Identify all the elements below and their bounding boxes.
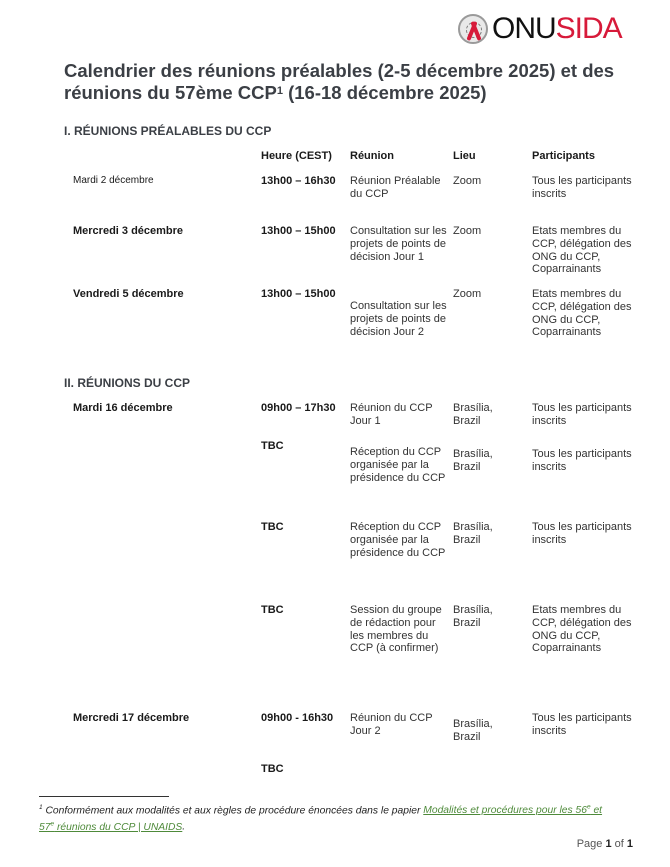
meeting-cell: Réunion du CCP Jour 1 <box>350 402 450 428</box>
participants-cell: Tous les participants inscrits <box>532 175 632 201</box>
meeting-cell: Réception du CCP organisée par la présid… <box>350 521 450 559</box>
participants-cell: Tous les participants inscrits <box>532 521 632 547</box>
participants-cell: Etats membres du CCP, délégation des ONG… <box>532 604 632 655</box>
day-cell: Mardi 2 décembre <box>73 175 248 188</box>
meeting-cell: Réunion du CCP Jour 2 <box>350 712 450 738</box>
time-cell: 13h00 – 15h00 <box>261 225 346 238</box>
place-cell: Zoom <box>453 225 523 238</box>
section-heading-preliminary: I. RÉUNIONS PRÉALABLES DU CCP <box>64 124 271 138</box>
footnote-ref: 1 <box>277 85 283 97</box>
meeting-cell: Session du groupe de rédaction pour les … <box>350 604 450 655</box>
time-cell: TBC <box>261 521 346 534</box>
day-cell: Mercredi 17 décembre <box>73 712 248 725</box>
time-cell: TBC <box>261 604 346 617</box>
place-cell: Brasília, Brazil <box>453 521 523 547</box>
time-cell: 13h00 – 15h00 <box>261 288 346 301</box>
time-cell: TBC <box>261 440 346 453</box>
col-time: Heure (CEST) <box>261 150 346 163</box>
day-cell: Mercredi 3 décembre <box>73 225 248 238</box>
page-title: Calendrier des réunions préalables (2-5 … <box>64 60 624 104</box>
place-cell: Brasília, Brazil <box>453 448 523 474</box>
meeting-cell: Réception du CCP organisée par la présid… <box>350 446 450 484</box>
participants-cell: Tous les participants inscrits <box>532 402 632 428</box>
footnote: 1 Conformément aux modalités et aux règl… <box>39 801 619 834</box>
section-heading-ccp: II. RÉUNIONS DU CCP <box>64 376 190 390</box>
col-place: Lieu <box>453 150 523 163</box>
time-cell: 13h00 – 16h30 <box>261 175 346 188</box>
col-meeting: Réunion <box>350 150 450 163</box>
onusida-logo: ONUSIDA <box>458 14 622 44</box>
col-participants: Participants <box>532 150 632 163</box>
time-cell: 09h00 – 17h30 <box>261 402 346 415</box>
meeting-cell: Consultation sur les projets de points d… <box>350 300 450 338</box>
meeting-cell: Réunion Préalable du CCP <box>350 175 450 201</box>
place-cell: Brasília, Brazil <box>453 402 523 428</box>
un-emblem-red-ribbon-icon <box>458 14 488 44</box>
logo-wordmark: ONUSIDA <box>492 14 622 44</box>
time-cell: 09h00 - 16h30 <box>261 712 346 725</box>
participants-cell: Etats membres du CCP, délégation des ONG… <box>532 288 632 339</box>
participants-cell: Tous les participants inscrits <box>532 712 632 738</box>
participants-cell: Tous les participants inscrits <box>532 448 632 474</box>
page-number: Page 1 of 1 <box>577 838 633 850</box>
place-cell: Zoom <box>453 288 523 301</box>
meeting-cell: Consultation sur les projets de points d… <box>350 225 450 263</box>
time-cell: TBC <box>261 763 346 776</box>
place-cell: Zoom <box>453 175 523 188</box>
place-cell: Brasília, Brazil <box>453 604 523 630</box>
footnote-divider <box>39 796 169 797</box>
day-cell: Vendredi 5 décembre <box>73 288 248 301</box>
participants-cell: Etats membres du CCP, délégation des ONG… <box>532 225 632 276</box>
place-cell: Brasília, Brazil <box>453 718 523 744</box>
day-cell: Mardi 16 décembre <box>73 402 248 415</box>
